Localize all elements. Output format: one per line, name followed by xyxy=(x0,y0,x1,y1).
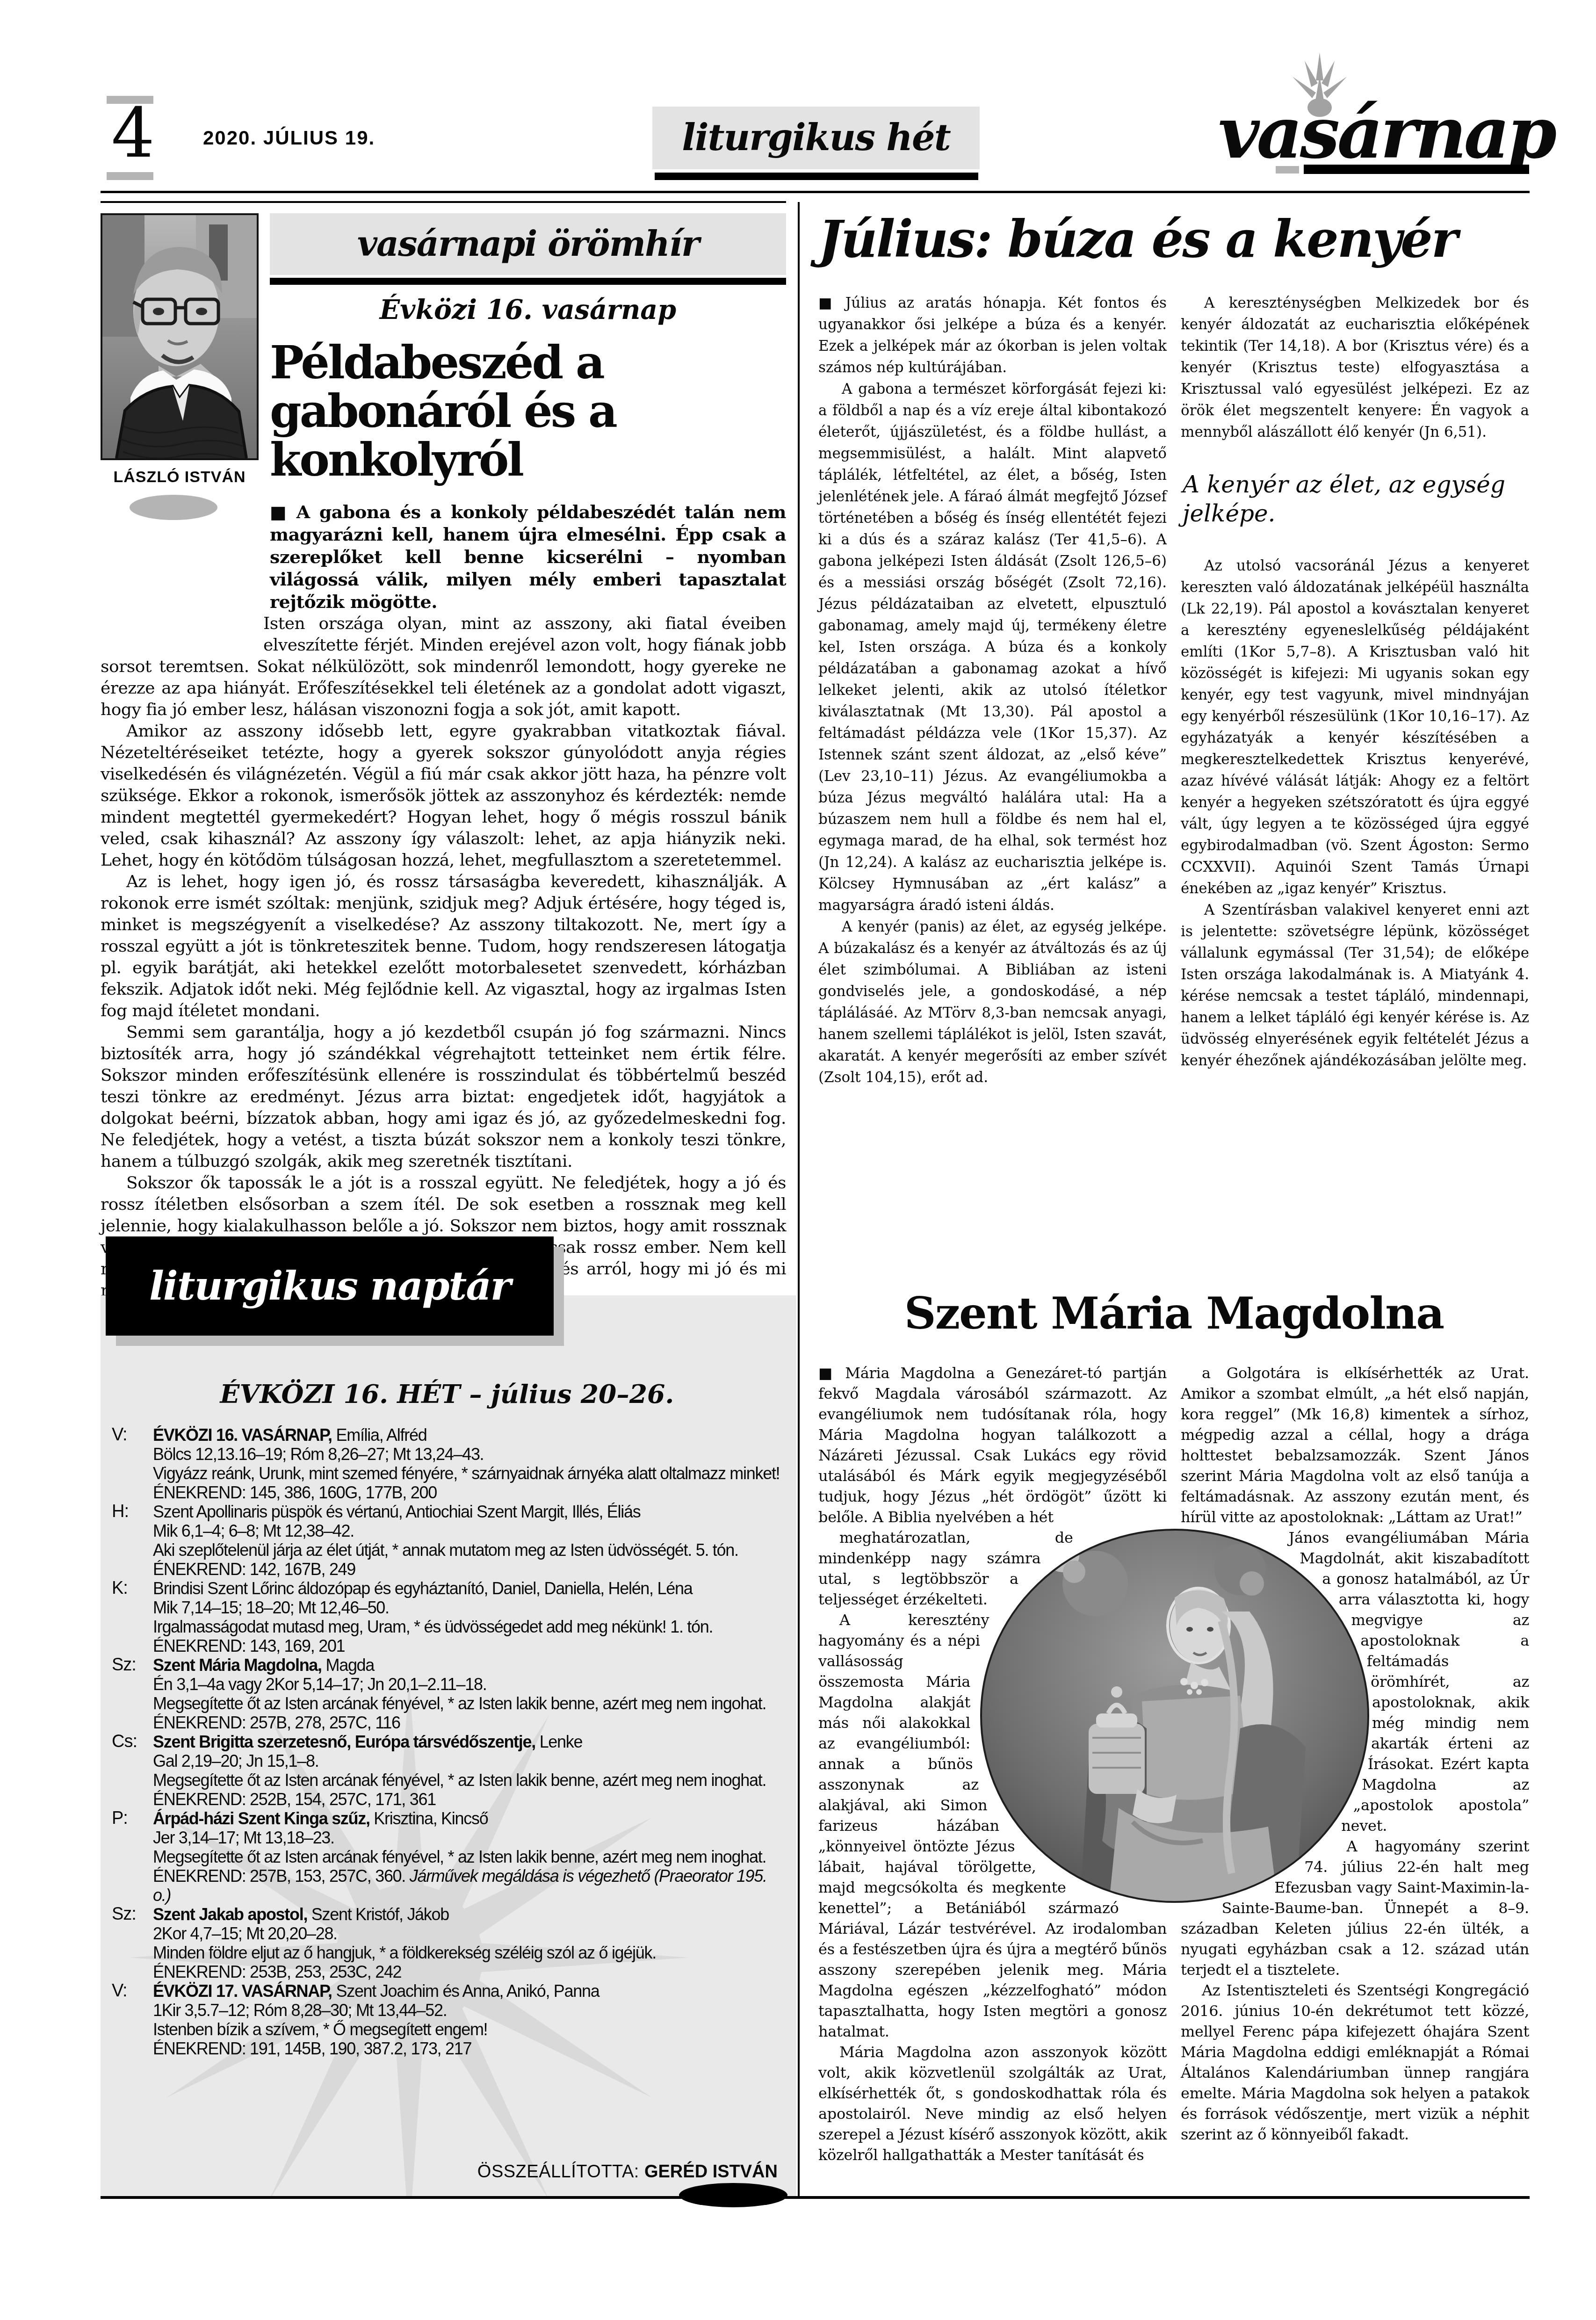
masthead-underline xyxy=(1304,165,1529,174)
magdolna-lead: ■Mária Magdolna a Genezáret-tó partján f… xyxy=(818,1363,1167,1527)
psalm-verse: Megsegítette őt az Isten arcának fényéve… xyxy=(153,1771,782,1809)
feast-name: ÉVKÖZI 16. VASÁRNAP, xyxy=(153,1425,332,1445)
image-wrap-spacer xyxy=(970,1527,1167,1901)
julius-column-2: A kereszténységben Melkizedek bor és ken… xyxy=(1181,292,1529,1088)
magdolna-paragraph: Az Istentiszteleti és Szentségi Kongregá… xyxy=(1181,1980,1529,2145)
day-label: Cs: xyxy=(112,1732,153,1809)
readings: Mik 7,14–15; 18–20; Mt 12,46–50. xyxy=(153,1598,782,1617)
psalm-verse: Irgalmasságodat mutasd meg, Uram, * és ü… xyxy=(153,1617,782,1636)
day-label: P: xyxy=(112,1809,153,1905)
calendar-entry: Sz: Szent Jakab apostol, Szent Kristóf, … xyxy=(112,1905,782,1981)
song-order: ÉNEKRE­ND: 191, 145B, 190, 387.2, 173, 2… xyxy=(153,2039,782,2058)
author-photo xyxy=(101,213,259,460)
song-order: ÉNEKREND: 253B, 253, 253C, 242 xyxy=(153,1962,782,1981)
compiled-by-label: ÖSSZEÁLLÍTOTTA: xyxy=(477,2162,644,2182)
article-paragraph: Semmi sem garantálja, hogy a jó kezdetbő… xyxy=(101,1022,786,1172)
header-rule xyxy=(101,191,1530,193)
name-days: Szent Kristóf, Jákob xyxy=(307,1905,449,1924)
name-days: Magda xyxy=(322,1655,374,1675)
feast-name: Szent Jakab apostol, xyxy=(153,1905,307,1924)
magdolna-paragraph: a Golgotára is elkísérhették az Urat. Am… xyxy=(1181,1363,1529,1527)
song-order: ÉNEKREND: 145, 386, 160G, 177B, 200 xyxy=(153,1483,782,1502)
julius-paragraph: A kenyér (panis) az élet, az egység jelk… xyxy=(818,916,1167,1088)
psalm-verse: Megsegítette őt az Isten arcának fényéve… xyxy=(153,1847,782,1866)
magdolna-paragraph: Mária Magdolna azon asszonyok között vol… xyxy=(818,2042,1167,2165)
julius-paragraph: A Szentírásban valakivel kenyeret enni a… xyxy=(1181,899,1529,1071)
magdolna-column-1: ■Mária Magdolna a Genezáret-tó partján f… xyxy=(818,1363,1167,2165)
name-days: Lenke xyxy=(535,1732,582,1751)
author-photo-block: LÁSZLÓ ISTVÁN xyxy=(101,213,263,520)
readings: Gal 2,19–20; Jn 15,1–8. xyxy=(153,1751,782,1771)
day-label: K: xyxy=(112,1579,153,1655)
pull-quote: A kenyér az élet, az egység jelképe. xyxy=(1183,470,1525,528)
lead-square-icon: ■ xyxy=(818,1364,838,1382)
feast-name: Árpád-házi Szent Kinga szűz, xyxy=(153,1809,370,1828)
header-tick-bottom xyxy=(107,172,153,180)
article-paragraph: Isten országa olyan, mint az asszony, ak… xyxy=(101,613,786,721)
feast-name: ÉVKÖZI 17. VASÁRNAP, xyxy=(153,1981,332,2001)
name-days: Szent Joachim és Anna, Anikó, Panna xyxy=(332,1981,599,2001)
calendar-entry: V: ÉVKÖZI 16. VASÁRNAP, Emília, Alfréd B… xyxy=(112,1425,782,1502)
julius-paragraph: A kereszténységben Melkizedek bor és ken… xyxy=(1181,292,1529,443)
psalm-verse: Vigyázz reánk, Urunk, mint szemed fényér… xyxy=(153,1464,782,1483)
article-paragraph: Az is lehet, hogy igen jó, és rossz társ… xyxy=(101,871,786,1022)
masthead-tick xyxy=(1276,166,1299,173)
julius-lead: ■Július az aratás hónapja. Két fontos és… xyxy=(818,292,1167,378)
julius-paragraph: Az utolsó vacsoránál Jézus a kenyeret ke… xyxy=(1181,555,1529,899)
psalm-verse: Aki szeplőtelenül járja az élet útját, *… xyxy=(153,1540,782,1560)
calendar-entry: P: Árpád-házi Szent Kinga szűz, Krisztin… xyxy=(112,1809,782,1905)
kicker-underline xyxy=(270,278,786,285)
masthead-logo: vasárnap xyxy=(1218,97,1536,168)
feast-name: Szent Brigitta szerzetesnő, Európa társv… xyxy=(153,1732,535,1751)
calendar-entry: K: Brindisi Szent Lőrinc áldozópap és eg… xyxy=(112,1579,782,1655)
compiled-by: ÖSSZEÁLLÍTOTTA: GERÉD ISTVÁN xyxy=(477,2161,778,2182)
julius-lead-text: Július az aratás hónapja. Két fontos és … xyxy=(818,295,1167,376)
calendar-entries: V: ÉVKÖZI 16. VASÁRNAP, Emília, Alfréd B… xyxy=(112,1425,782,2058)
song-order: ÉNEKREND: 143, 169, 201 xyxy=(153,1636,782,1655)
song-order: ÉNEKREND: 142, 167B, 249 xyxy=(153,1560,782,1579)
newspaper-page: 4 2020. JÚLIUS 19. liturgikus hét vasárn… xyxy=(0,0,1596,2320)
lead-square-icon: ■ xyxy=(270,501,290,522)
day-label: Sz: xyxy=(112,1655,153,1732)
readings: 1Kir 3,5.7–12; Róm 8,28–30; Mt 13,44–52. xyxy=(153,2001,782,2020)
psalm-verse: Istenben bízik a szívem, * Ő megsegített… xyxy=(153,2020,782,2039)
column-divider-rule xyxy=(798,202,800,2196)
bottom-rule xyxy=(101,2196,1530,2199)
name-days: Szent Apollinaris püspök és vértanú, Ant… xyxy=(153,1502,640,1521)
section-banner: liturgikus hét xyxy=(652,107,980,169)
calendar-entry: H: Szent Apollinaris püspök és vértanú, … xyxy=(112,1502,782,1579)
readings: Bölcs 12,13.16–19; Róm 8,26–27; Mt 13,24… xyxy=(153,1445,782,1464)
article-title: Példabeszéd a gabonáról és a konkolyról xyxy=(270,338,786,484)
section-banner-underline xyxy=(655,173,978,180)
lead-square-icon: ■ xyxy=(818,295,839,311)
feast-name: Szent Mária Magdolna, xyxy=(153,1655,322,1675)
page-date: 2020. JÚLIUS 19. xyxy=(203,128,375,148)
name-days: Brindisi Szent Lőrinc áldozópap és egyhá… xyxy=(153,1579,692,1598)
bottom-ellipse-ornament xyxy=(679,2183,787,2207)
julius-title: Július: búza és a kenyér xyxy=(818,211,1530,268)
calendar-kicker: liturgikus naptár xyxy=(106,1236,554,1336)
name-days: Krisztina, Kincső xyxy=(370,1809,488,1828)
page-number: 4 xyxy=(111,99,155,167)
article-paragraph: Amikor az asszony idősebb lett, egyre gy… xyxy=(101,721,786,871)
readings: Mik 6,1–4; 6–8; Mt 12,38–42. xyxy=(153,1521,782,1540)
article-lead: ■A gabona és a konkoly példabeszédét tal… xyxy=(270,501,786,613)
song-order: ÉNEKREND: 257B, 153, 257C, 360. xyxy=(153,1866,405,1886)
julius-paragraph: A gabona a természet körforgását fejezi … xyxy=(818,378,1167,916)
caption-oval-ornament xyxy=(130,495,217,520)
calendar-entry: Sz: Szent Mária Magdolna, Magda Én 3,1–4… xyxy=(112,1655,782,1732)
readings: Jer 3,14–17; Mt 13,18–23. xyxy=(153,1828,782,1847)
calendar-entry: Cs: Szent Brigitta szerzetesnő, Európa t… xyxy=(112,1732,782,1809)
author-name: LÁSZLÓ ISTVÁN xyxy=(101,468,259,486)
readings: 2Kor 4,7–15; Mt 20,20–28. xyxy=(153,1924,782,1943)
day-label: Sz: xyxy=(112,1905,153,1981)
day-label: V: xyxy=(112,1981,153,2058)
article-julius: Július: búza és a kenyér ■Július az arat… xyxy=(818,211,1530,1088)
compiled-by-name: GERÉD ISTVÁN xyxy=(644,2162,778,2182)
day-label: V: xyxy=(112,1425,153,1502)
julius-column-1: ■Július az aratás hónapja. Két fontos és… xyxy=(818,292,1167,1088)
day-label: H: xyxy=(112,1502,153,1579)
article-magdolna: Szent Mária Magdolna ■Mária Magdolna a G… xyxy=(818,1292,1530,2165)
article-peldabeszed: LÁSZLÓ ISTVÁN vasárnapi örömhír Évközi 1… xyxy=(101,201,786,1301)
article-subtitle: Évközi 16. vasárnap xyxy=(270,295,786,325)
magdolna-title: Szent Mária Magdolna xyxy=(818,1292,1530,1336)
psalm-verse: Minden földre eljut az ő hangjuk, * a fö… xyxy=(153,1943,782,1962)
magdolna-lead-text: Mária Magdolna a Genezáret-tó partján fe… xyxy=(818,1364,1167,1526)
psalm-verse: Megsegítette őt az Isten arcának fényéve… xyxy=(153,1694,782,1732)
name-days: Emília, Alfréd xyxy=(332,1425,427,1445)
calendar-entry: V: ÉVKÖZI 17. VASÁRNAP, Szent Joachim és… xyxy=(112,1981,782,2058)
readings: Én 3,1–4a vagy 2Kor 5,14–17; Jn 20,1–2.1… xyxy=(153,1675,782,1694)
lead-text: A gabona és a konkoly példabeszédét talá… xyxy=(270,501,786,612)
calendar-week-title: ÉVKÖZI 16. HÉT – július 20–26. xyxy=(112,1380,782,1409)
kicker-banner: vasárnapi örömhír xyxy=(270,213,786,275)
calendar-panel: ÉVKÖZI 16. HÉT – július 20–26. V: ÉVKÖZI… xyxy=(101,1295,796,2196)
maria-magdolna-image xyxy=(978,1527,1371,1904)
